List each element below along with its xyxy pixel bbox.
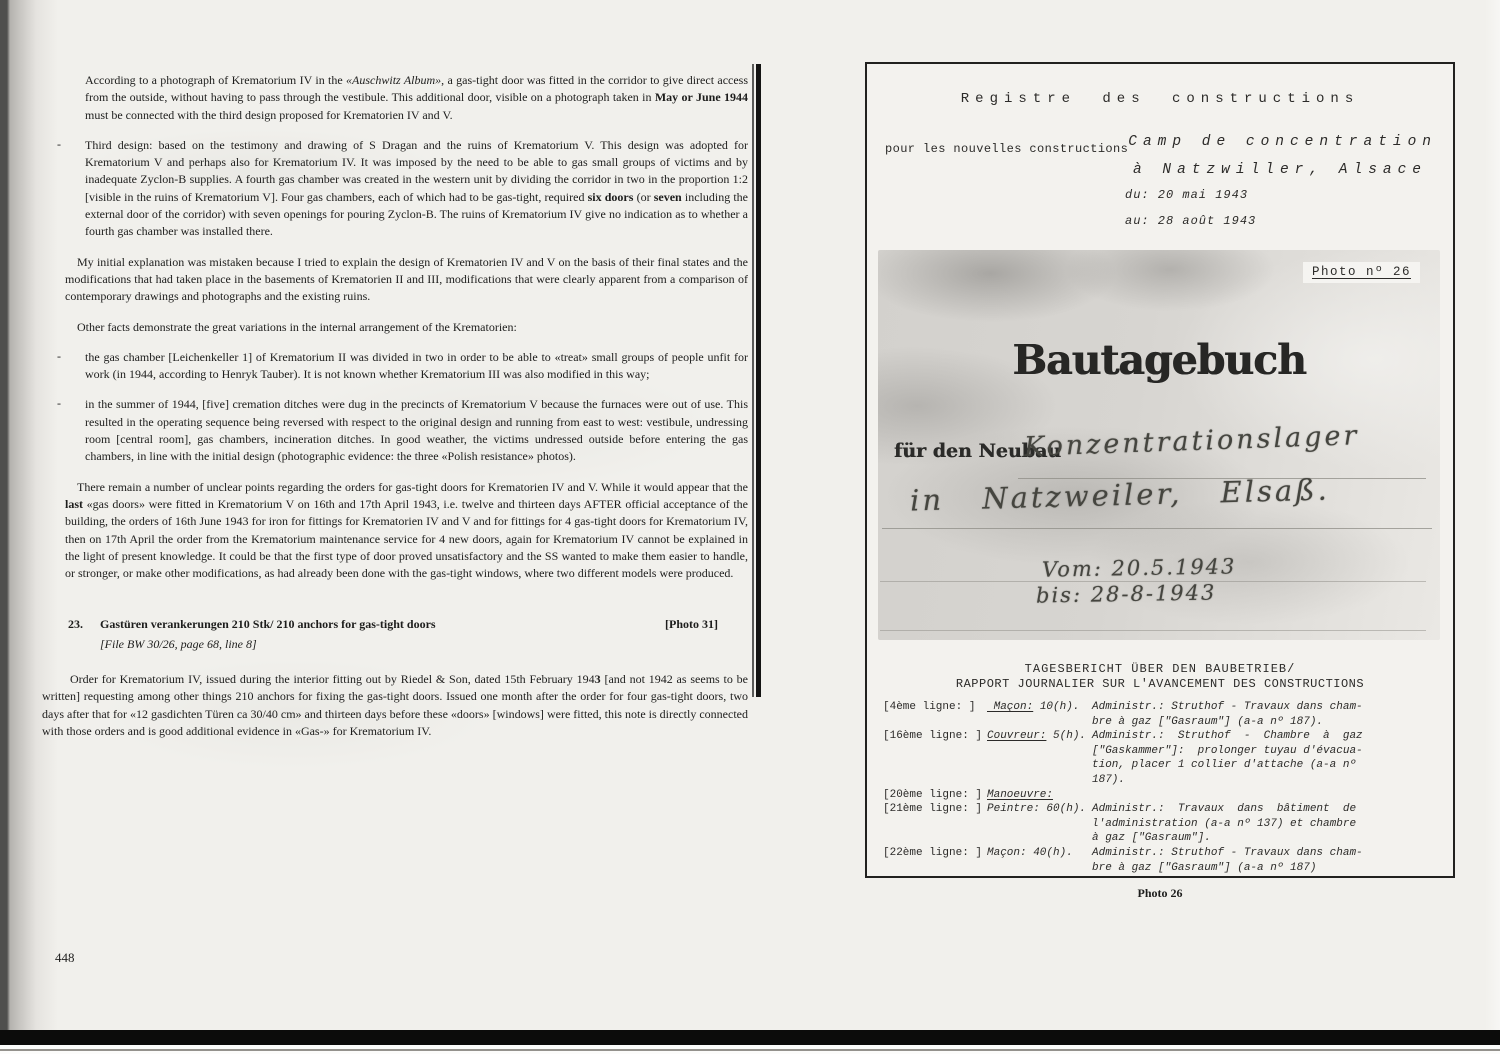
- scan-bottom-black-bar: [0, 1030, 1500, 1045]
- register-date-from: du: 20 mai 1943: [1125, 188, 1248, 202]
- section-title: Gastüren verankerungen 210 Stk/ 210 anch…: [100, 616, 665, 633]
- report-line-ref: [21ème ligne: ]: [883, 802, 987, 846]
- report-row: [22ème ligne: ] Maçon: 40(h). Administr.…: [883, 846, 1445, 875]
- section-number: 23.: [68, 616, 100, 633]
- report-description: Administr.: Struthof - Travaux dans cham…: [1092, 846, 1445, 875]
- dash-marker: -: [57, 395, 61, 412]
- dash-marker: -: [57, 348, 61, 365]
- report-trade: Maçon: 40(h).: [987, 846, 1092, 875]
- report-row: [16ème ligne: ] Couvreur: 5(h). Administ…: [883, 729, 1445, 787]
- document-frame: Registre des constructions pour les nouv…: [865, 62, 1455, 878]
- page-number: 448: [55, 950, 75, 966]
- scan-bottom-gray-rule: [0, 1049, 1500, 1051]
- list-item-third-design: - Third design: based on the testimony a…: [85, 137, 748, 241]
- report-trade-hours: 10(h).: [1033, 701, 1079, 713]
- register-camp-name-line1: Camp de concentration: [1128, 134, 1437, 150]
- writing-line: [880, 630, 1426, 631]
- report-description: Administr.: Struthof - Travaux dans cham…: [1092, 700, 1445, 729]
- report-trade-hours: Maçon: 40(h).: [987, 847, 1073, 859]
- section-heading: 23. Gastüren verankerungen 210 Stk/ 210 …: [68, 616, 718, 633]
- report-trade-name: Couvreur:: [987, 730, 1046, 742]
- report-trade: Manoeuvre:: [987, 788, 1092, 803]
- bautagebuch-photo: Photo nº 26 Bautagebuch für den Neubau K…: [878, 250, 1440, 640]
- register-subtitle-prefix: pour les nouvelles constructions: [885, 142, 1128, 156]
- paragraph-unclear-points: There remain a number of unclear points …: [65, 479, 748, 583]
- report-header-german: TAGESBERICHT ÜBER DEN BAUBETRIEB/: [867, 662, 1453, 676]
- register-camp-name-line2: à Natzwiller, Alsace: [1133, 162, 1427, 178]
- report-trade: Peintre: 60(h).: [987, 802, 1092, 846]
- report-line-ref: [16ème ligne: ]: [883, 729, 987, 787]
- list-item-gas-chamber-divided: - the gas chamber [Leichenkeller 1] of K…: [85, 349, 748, 384]
- list-item-cremation-ditches: - in the summer of 1944, [five] crematio…: [85, 396, 748, 465]
- handwriting-camp-name: Konzentrationslager: [1024, 420, 1360, 463]
- report-trade-hours: Peintre: 60(h).: [987, 803, 1086, 815]
- report-row: [20ème ligne: ] Manoeuvre:: [883, 788, 1445, 803]
- handwriting-location: in Natzweiler, Elsaß.: [910, 473, 1331, 518]
- handwriting-date-from: Vom: 20.5.1943: [1042, 554, 1237, 581]
- paragraph-cremation-ditches: in the summer of 1944, [five] cremation …: [85, 396, 748, 465]
- paragraph-gas-chamber-divided: the gas chamber [Leichenkeller 1] of Kre…: [85, 349, 748, 384]
- paragraph-initial-explanation: My initial explanation was mistaken beca…: [65, 254, 748, 306]
- book-page-scan: According to a photograph of Krematorium…: [0, 0, 1500, 1054]
- photo-reference: [Photo 31]: [665, 616, 718, 633]
- register-title: Registre des constructions: [867, 91, 1453, 107]
- paragraph-order-krematorium: Order for Krematorium IV, issued during …: [42, 671, 748, 740]
- writing-line: [882, 528, 1432, 529]
- report-description: [1092, 788, 1445, 803]
- paragraph-other-facts: Other facts demonstrate the great variat…: [65, 319, 748, 336]
- photo-caption: Photo 26: [865, 886, 1455, 901]
- report-trade: Couvreur: 5(h).: [987, 729, 1092, 787]
- report-description: Administr.: Travaux dans bâtiment de l'a…: [1092, 802, 1445, 846]
- divider-thick-rule: [756, 64, 761, 697]
- report-line-ref: [22ème ligne: ]: [883, 846, 987, 875]
- bautagebuch-title: Bautagebuch: [878, 336, 1440, 384]
- report-trade-name: Maçon:: [987, 701, 1033, 713]
- report-line-ref: [20ème ligne: ]: [883, 788, 987, 803]
- report-header-french: RAPPORT JOURNALIER SUR L'AVANCEMENT DES …: [867, 677, 1453, 691]
- divider-thin-rule: [752, 64, 754, 697]
- report-trade-name: Manoeuvre:: [987, 789, 1053, 801]
- paragraph-third-design: Third design: based on the testimony and…: [85, 137, 748, 241]
- column-divider: [752, 64, 762, 697]
- photo-number-label: Photo nº 26: [1303, 262, 1420, 283]
- report-line-ref: [4ème ligne: ]: [883, 700, 987, 729]
- report-trade: Maçon: 10(h).: [987, 700, 1092, 729]
- handwriting-date-to: bis: 28-8-1943: [1036, 580, 1217, 607]
- dash-marker: -: [57, 136, 61, 153]
- left-text-column: According to a photograph of Krematorium…: [42, 72, 748, 740]
- register-date-to: au: 28 août 1943: [1125, 214, 1256, 228]
- file-reference: [File BW 30/26, page 68, line 8]: [100, 636, 748, 653]
- report-row: [21ème ligne: ] Peintre: 60(h). Administ…: [883, 802, 1445, 846]
- report-row: [4ème ligne: ] Maçon: 10(h). Administr.:…: [883, 700, 1445, 729]
- paragraph-auschwitz-album: According to a photograph of Krematorium…: [85, 72, 748, 124]
- daily-report-table: [4ème ligne: ] Maçon: 10(h). Administr.:…: [883, 700, 1445, 875]
- report-description: Administr.: Struthof - Chambre à gaz ["G…: [1092, 729, 1445, 787]
- report-trade-hours: 5(h).: [1046, 730, 1086, 742]
